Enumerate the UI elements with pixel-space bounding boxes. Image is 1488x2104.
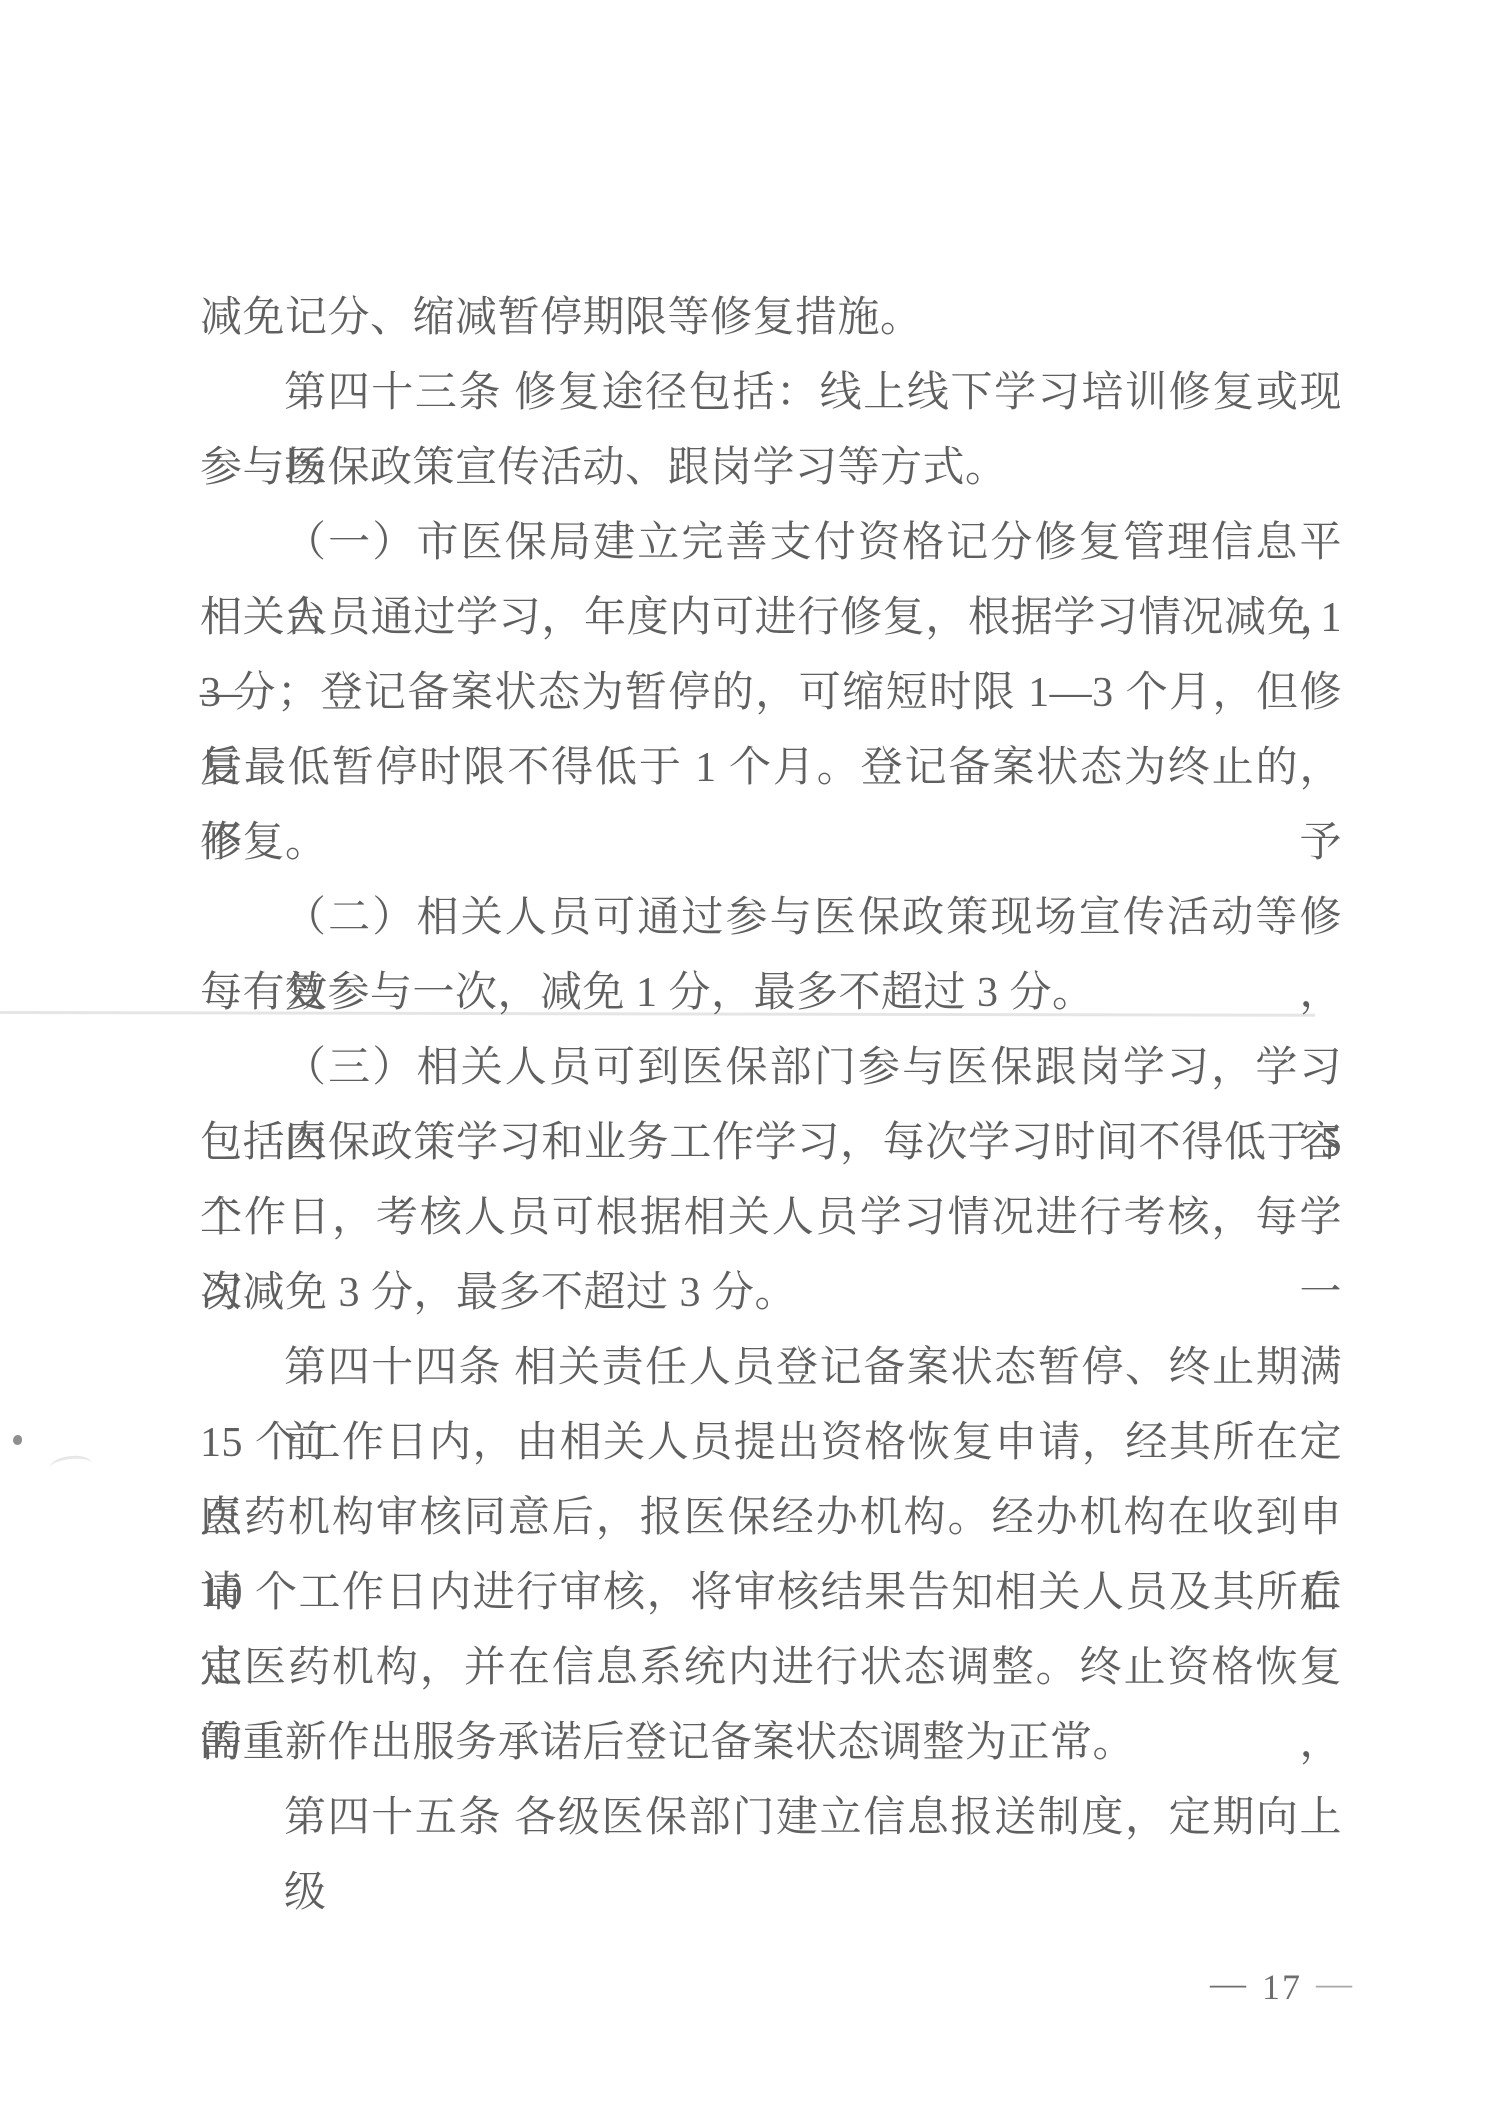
text-line: 参与医保政策宣传活动、跟岗学习等方式。 — [200, 431, 1342, 506]
text-line-item-1: （一）市医保局建立完善支付资格记分修复管理信息平台， — [200, 506, 1342, 581]
text-line: 医药机构审核同意后，报医保经办机构。经办机构在收到申请后 — [200, 1481, 1342, 1556]
text-line-item-3: （三）相关人员可到医保部门参与医保跟岗学习，学习内容 — [200, 1031, 1342, 1106]
text-line-item-2: （二）相关人员可通过参与医保政策现场宣传活动等修复， — [200, 881, 1342, 956]
page-number-right-dash: — — [1316, 1962, 1354, 2004]
text-line-article-44: 第四十四条 相关责任人员登记备案状态暂停、终止期满前 — [200, 1331, 1342, 1406]
text-line-article-45: 第四十五条 各级医保部门建立信息报送制度，定期向上级 — [200, 1781, 1342, 1856]
text-line: 15 个工作日内，由相关人员提出资格恢复申请，经其所在定点 — [200, 1406, 1342, 1481]
text-line: 3 分；登记备案状态为暂停的，可缩短时限 1—3 个月，但修复 — [200, 656, 1342, 731]
scan-smudge-artifact — [49, 1454, 93, 1477]
page-number-left-dash: — — [1210, 1962, 1248, 2004]
text-line: 相关人员通过学习，年度内可进行修复，根据学习情况减免 1— — [200, 581, 1342, 656]
text-line: 10 个工作日内进行审核，将审核结果告知相关人员及其所在定 — [200, 1556, 1342, 1631]
text-line: 点医药机构，并在信息系统内进行状态调整。终止资格恢复的， — [200, 1631, 1342, 1706]
text-line: 包括医保政策学习和业务工作学习，每次学习时间不得低于 5 个 — [200, 1106, 1342, 1181]
text-line: 后最低暂停时限不得低于 1 个月。登记备案状态为终止的，不予 — [200, 731, 1342, 806]
text-line-article-43: 第四十三条 修复途径包括：线上线下学习培训修复或现场 — [200, 356, 1342, 431]
scan-speck-artifact — [13, 1435, 22, 1445]
document-page: 减免记分、缩减暂停期限等修复措施。 第四十三条 修复途径包括：线上线下学习培训修… — [0, 0, 1488, 2104]
text-line: 工作日，考核人员可根据相关人员学习情况进行考核，每学习一 — [200, 1181, 1342, 1256]
page-number: —17— — [1196, 1966, 1368, 2008]
text-line: 减免记分、缩减暂停期限等修复措施。 — [200, 281, 1342, 356]
page-number-value: 17 — [1262, 1967, 1302, 2007]
body-text: 减免记分、缩减暂停期限等修复措施。 第四十三条 修复途径包括：线上线下学习培训修… — [200, 281, 1342, 1856]
